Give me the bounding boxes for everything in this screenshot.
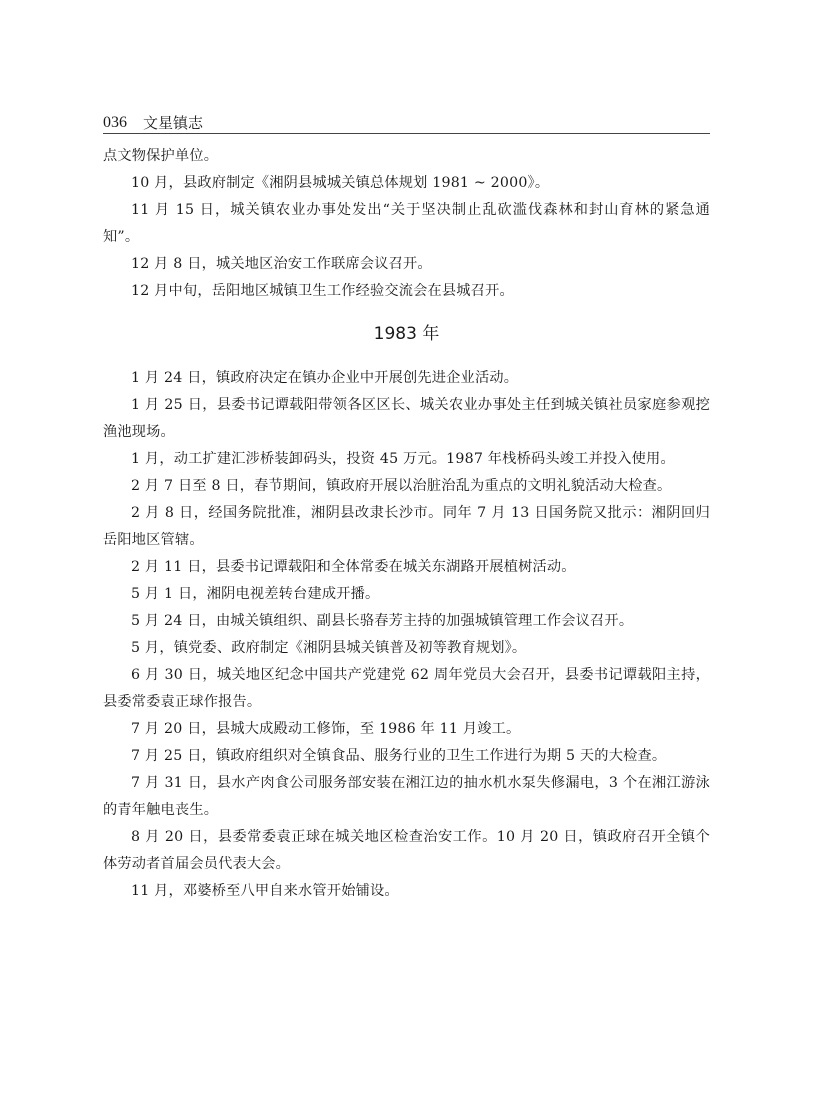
chronicle-entry: 7 月 20 日，县城大成殿动工修饰，至 1986 年 11 月竣工。 xyxy=(103,716,710,743)
year-heading: 1983 年 xyxy=(103,319,710,349)
chronicle-entry: 6 月 30 日，城关地区纪念中国共产党建党 62 周年党员大会召开，县委书记谭… xyxy=(103,662,710,716)
chronicle-entry: 1 月 25 日，县委书记谭载阳带领各区区长、城关农业办事处主任到城关镇社员家庭… xyxy=(103,392,710,446)
book-title: 文星镇志 xyxy=(143,113,203,133)
entries-1982: 10 月，县政府制定《湘阴县城城关镇总体规划 1981 ~ 2000》。 11 … xyxy=(103,170,710,305)
page-body: 点文物保护单位。 10 月，县政府制定《湘阴县城城关镇总体规划 1981 ~ 2… xyxy=(103,143,710,905)
chronicle-entry: 5 月 1 日，湘阴电视差转台建成开播。 xyxy=(103,581,710,608)
chronicle-entry: 5 月，镇党委、政府制定《湘阴县城关镇普及初等教育规划》。 xyxy=(103,635,710,662)
chronicle-entry: 2 月 7 日至 8 日，春节期间，镇政府开展以治脏治乱为重点的文明礼貌活动大检… xyxy=(103,473,710,500)
chronicle-entry: 12 月中旬，岳阳地区城镇卫生工作经验交流会在县城召开。 xyxy=(103,278,710,305)
page-number: 036 xyxy=(103,113,127,133)
entries-1983: 1 月 24 日，镇政府决定在镇办企业中开展创先进企业活动。 1 月 25 日，… xyxy=(103,365,710,905)
chronicle-entry: 7 月 31 日，县水产肉食公司服务部安装在湘江边的抽水机水泵失修漏电，3 个在… xyxy=(103,770,710,824)
continuation-paragraph: 点文物保护单位。 xyxy=(103,143,710,170)
chronicle-entry: 5 月 24 日，由城关镇组织、副县长骆春芳主持的加强城镇管理工作会议召开。 xyxy=(103,608,710,635)
running-header: 036 文星镇志 xyxy=(103,112,710,134)
chronicle-entry: 10 月，县政府制定《湘阴县城城关镇总体规划 1981 ~ 2000》。 xyxy=(103,170,710,197)
chronicle-entry: 1 月，动工扩建汇涉桥装卸码头，投资 45 万元。1987 年栈桥码头竣工并投入… xyxy=(103,446,710,473)
chronicle-entry: 12 月 8 日，城关地区治安工作联席会议召开。 xyxy=(103,251,710,278)
chronicle-entry: 11 月 15 日，城关镇农业办事处发出“关于坚决制止乱砍滥伐森林和封山育林的紧… xyxy=(103,197,710,251)
chronicle-entry: 7 月 25 日，镇政府组织对全镇食品、服务行业的卫生工作进行为期 5 天的大检… xyxy=(103,743,710,770)
chronicle-entry: 8 月 20 日，县委常委袁正球在城关地区检查治安工作。10 月 20 日，镇政… xyxy=(103,824,710,878)
chronicle-entry: 1 月 24 日，镇政府决定在镇办企业中开展创先进企业活动。 xyxy=(103,365,710,392)
chronicle-entry: 2 月 8 日，经国务院批准，湘阴县改隶长沙市。同年 7 月 13 日国务院又批… xyxy=(103,500,710,554)
chronicle-entry: 11 月，邓婆桥至八甲自来水管开始铺设。 xyxy=(103,878,710,905)
chronicle-entry: 2 月 11 日，县委书记谭载阳和全体常委在城关东湖路开展植树活动。 xyxy=(103,554,710,581)
